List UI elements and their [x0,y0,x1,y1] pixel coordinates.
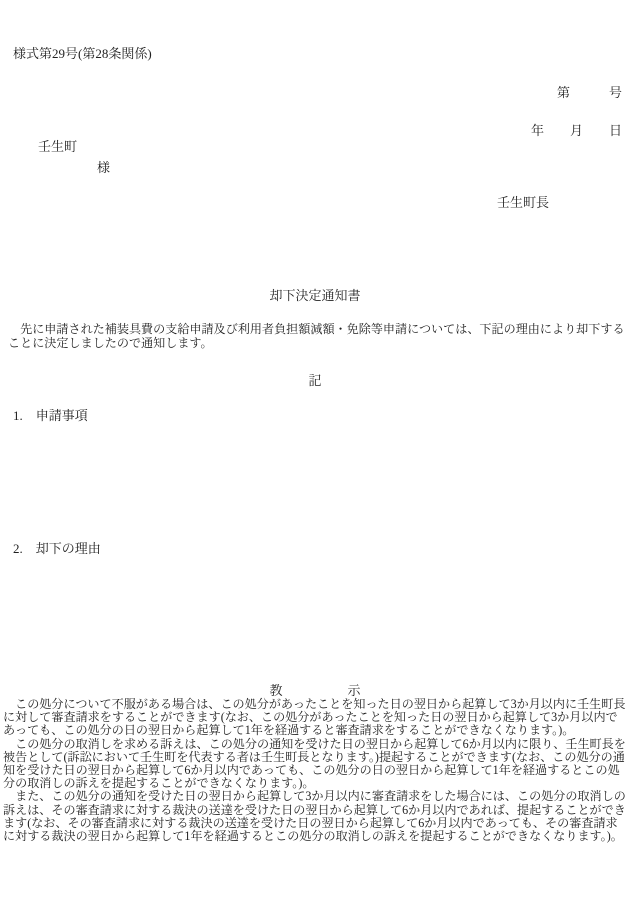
item-1-application-matters: 1. 申請事項 [13,409,88,423]
document-title: 却下決定通知書 [0,289,630,303]
addressee-town: 壬生町 [38,140,77,154]
ki-marker: 記 [0,374,630,388]
date-line: 年 月 日 [531,124,622,138]
document-page: 様式第29号(第28条関係) 第 号 年 月 日 壬生町 様 壬生町長 却下決定… [0,0,630,903]
notification-body: 先に申請された補装具費の支給申請及び利用者負担額減額・免除等申請については、下記… [8,323,627,350]
kyoji-section: この処分について不服がある場合は、この処分があったことを知った日の翌日から起算し… [3,698,628,843]
kyoji-heading: 教 示 [0,684,630,698]
kyoji-paragraph-2: この処分の取消しを求める訴えは、この処分の通知を受けた日の翌日から起算して6か月… [3,738,628,791]
item-2-rejection-reason: 2. 却下の理由 [13,542,101,556]
sender-name: 壬生町長 [497,196,549,210]
kyoji-paragraph-1: この処分について不服がある場合は、この処分があったことを知った日の翌日から起算し… [3,698,628,738]
issue-number-line: 第 号 [557,86,622,100]
form-number: 様式第29号(第28条関係) [13,47,152,61]
addressee-honorific: 様 [97,161,110,175]
kyoji-paragraph-3: また、この処分の通知を受けた日の翌日から起算して3か月以内に審査請求をした場合に… [3,790,628,843]
